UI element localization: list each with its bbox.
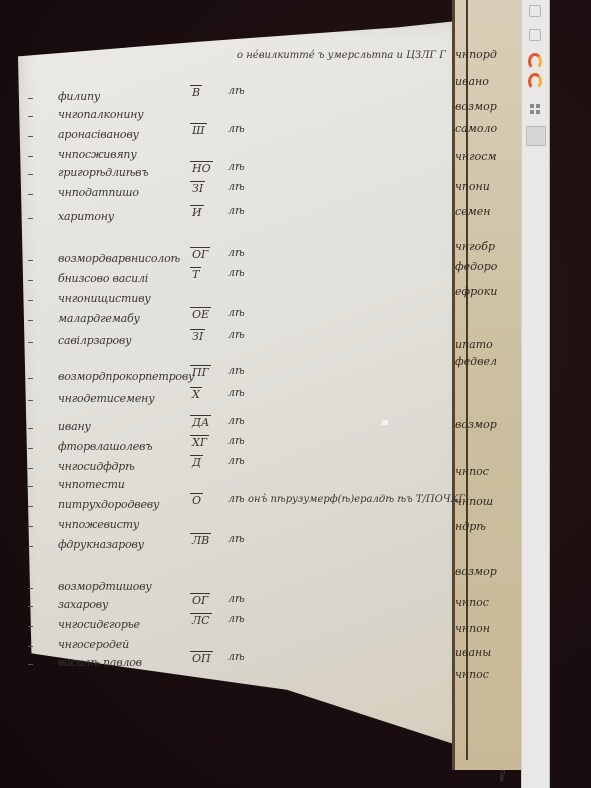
list-item: возмордтишову	[58, 580, 152, 593]
list-item: малардгемабу	[58, 312, 140, 325]
margin-mark	[28, 280, 33, 281]
margin-mark	[28, 98, 33, 99]
entry-amount: И	[190, 206, 204, 219]
margin-mark	[28, 300, 33, 301]
page-icon[interactable]	[528, 4, 542, 18]
toolbar-bottom-label: Пок	[498, 770, 505, 782]
entry-amount: ХГ	[190, 436, 209, 449]
entry-name: фторвлашолевъ	[58, 440, 152, 453]
entry-amount: ДА	[190, 416, 211, 429]
right-page-entry: самоло	[455, 122, 521, 135]
viewer-toolbar	[521, 0, 550, 788]
margin-mark	[28, 664, 33, 665]
list-item: чнпожевисту	[58, 518, 139, 531]
entry-name: бнизсово василі	[58, 272, 148, 285]
rotate-right-icon[interactable]	[528, 74, 542, 88]
margin-mark	[28, 506, 33, 507]
margin-mark	[28, 626, 33, 627]
entry-name: василѣ павлов	[58, 656, 142, 669]
right-page-entry: чнгобр	[455, 240, 521, 253]
margin-mark	[28, 218, 33, 219]
list-item: василѣ павлов	[58, 656, 142, 669]
entry-amount: О	[190, 494, 203, 507]
entry-amount: Т	[190, 268, 201, 281]
right-page-entry: федвел	[455, 355, 521, 368]
list-item: чнгопалконину	[58, 108, 143, 121]
entry-unit: лѣ	[228, 266, 245, 279]
right-page-entry: чнпон	[455, 622, 521, 635]
right-page-entry: возмор	[455, 565, 521, 578]
list-item: савілрзарову	[58, 334, 131, 347]
entry-name: питрухдородвеву	[58, 498, 159, 511]
entry-name: возмордварвнисолоѣ	[58, 252, 180, 265]
entry-unit: лѣ	[228, 454, 245, 467]
right-page-entry: возмор	[455, 418, 521, 431]
entry-amount: ЗІ	[190, 182, 205, 195]
margin-mark	[28, 378, 33, 379]
list-item: чнгосеродей	[58, 638, 129, 651]
list-item: чнпосживяпу	[58, 148, 137, 161]
grid-icon[interactable]	[528, 102, 542, 116]
list-item: чнподатпишо	[58, 186, 139, 199]
list-item: чнгосидєгорье	[58, 618, 140, 631]
margin-mark	[28, 342, 33, 343]
entry-amount: ОП	[190, 652, 213, 665]
margin-mark	[28, 526, 33, 527]
entry-name: захарову	[58, 598, 108, 611]
header-note: о не́вилкитте́ ъ умерсльтпа и ЦЗЛГ Г	[237, 50, 446, 61]
entry-unit: лѣ	[228, 434, 245, 447]
list-item: филипу	[58, 90, 100, 103]
right-page-entry: чпони	[455, 180, 521, 193]
list-item: фторвлашолевъ	[58, 440, 152, 453]
entry-unit: лѣ	[228, 364, 245, 377]
entry-unit: лѣ	[228, 180, 245, 193]
entry-amount: ЗІ	[190, 330, 205, 343]
entry-name: малардгемабу	[58, 312, 140, 325]
margin-mark	[28, 194, 33, 195]
margin-mark	[28, 606, 33, 607]
manuscript-viewer: о не́вилкитте́ ъ умерсльтпа и ЦЗЛГ Г фил…	[0, 0, 591, 788]
panel-icon[interactable]	[526, 126, 546, 146]
margin-mark	[28, 156, 33, 157]
margin-mark	[28, 546, 33, 547]
margin-mark	[28, 448, 33, 449]
entry-name: возмордпрокорпетрову	[58, 370, 194, 383]
right-page-entry: ндрѣ	[455, 520, 521, 533]
entry-amount: ЛС	[190, 614, 212, 627]
right-page-entry: иваны	[455, 646, 521, 659]
entry-unit: лѣ	[228, 204, 245, 217]
entry-amount: Х	[190, 388, 202, 401]
entry-name: чнпотести	[58, 478, 125, 491]
entry-name: чнгонищистиву	[58, 292, 151, 305]
right-page-entry: чнпос	[455, 465, 521, 478]
entry-name: чнподатпишо	[58, 186, 139, 199]
entry-name: харитону	[58, 210, 114, 223]
entry-amount: ОГ	[190, 248, 210, 261]
margin-mark	[28, 260, 33, 261]
entry-unit: лѣ	[228, 612, 245, 625]
entry-name: чнпосживяпу	[58, 148, 137, 161]
page-icon-2[interactable]	[528, 28, 542, 42]
margin-mark	[28, 486, 33, 487]
list-item: чнгонищистиву	[58, 292, 151, 305]
right-page-entry: семен	[455, 205, 521, 218]
entry-unit: лѣ	[228, 386, 245, 399]
entry-unit: лѣ	[228, 532, 245, 545]
entry-unit: лѣ	[228, 592, 245, 605]
right-page-entry: чнпос	[455, 668, 521, 681]
entry-unit: лѣ	[228, 328, 245, 341]
entry-amount: Д	[190, 456, 203, 469]
right-page-entry: ивано	[455, 75, 521, 88]
right-page-entry: чнгосм	[455, 150, 521, 163]
margin-mark	[28, 646, 33, 647]
right-page-entry: возмор	[455, 100, 521, 113]
entry-unit: лѣ	[228, 246, 245, 259]
list-item: захарову	[58, 598, 108, 611]
margin-mark	[28, 588, 33, 589]
entry-amount: ЛВ	[190, 534, 211, 547]
margin-mark	[28, 468, 33, 469]
margin-mark	[28, 400, 33, 401]
entry-unit: лѣ	[228, 122, 245, 135]
margin-mark	[28, 428, 33, 429]
list-item: возмордпрокорпетрову	[58, 370, 194, 383]
entry-unit: лѣ	[228, 414, 245, 427]
entry-name: чнпожевисту	[58, 518, 139, 531]
entry-name: возмордтишову	[58, 580, 152, 593]
entry-amount: ОЕ	[190, 308, 211, 321]
entry-name: григорѣдлиѣвъ	[58, 166, 149, 179]
entry-amount: ПГ	[190, 366, 211, 379]
entry-name: чнгодетисемену	[58, 392, 154, 405]
entry-unit: лѣ	[228, 650, 245, 663]
entry-amount: В	[190, 86, 202, 99]
margin-mark	[28, 174, 33, 175]
list-item: фдрукназарову	[58, 538, 144, 551]
entry-name: ивану	[58, 420, 91, 433]
entry-name: савілрзарову	[58, 334, 131, 347]
list-item: возмордварвнисолоѣ	[58, 252, 180, 265]
entry-unit: лѣ	[228, 492, 245, 505]
entry-amount: ОГ	[190, 594, 210, 607]
entry-amount: Ш	[190, 124, 207, 137]
list-item: ивану	[58, 420, 91, 433]
list-item: григорѣдлиѣвъ	[58, 166, 149, 179]
entry-name: филипу	[58, 90, 100, 103]
entry-name: аронасіванову	[58, 128, 139, 141]
right-page-entry: чнпош	[455, 495, 521, 508]
entry-name: фдрукназарову	[58, 538, 144, 551]
entry-name: чнгосидфдрѣ	[58, 460, 135, 473]
list-item: харитону	[58, 210, 114, 223]
right-page-entry: ефроки	[455, 285, 521, 298]
list-item: питрухдородвеву	[58, 498, 159, 511]
entry-unit: лѣ	[228, 306, 245, 319]
list-item: чнпотести	[58, 478, 125, 491]
entry-name: чнгопалконину	[58, 108, 143, 121]
list-item: бнизсово василі	[58, 272, 148, 285]
margin-mark	[28, 136, 33, 137]
right-page-entry: федоро	[455, 260, 521, 273]
right-page-entry: чнпорд	[455, 48, 521, 61]
entry-unit: лѣ	[228, 84, 245, 97]
margin-mark	[28, 320, 33, 321]
list-item: аронасіванову	[58, 128, 139, 141]
entry-unit: лѣ	[228, 160, 245, 173]
entry-amount: НО	[190, 162, 213, 175]
entry-name: чнгосидєгорье	[58, 618, 140, 631]
rotate-left-icon[interactable]	[528, 54, 542, 68]
right-page-entry: ипато	[455, 338, 521, 351]
right-page-entry: чнпос	[455, 596, 521, 609]
margin-mark	[28, 116, 33, 117]
list-item: чнгодетисемену	[58, 392, 154, 405]
list-item: чнгосидфдрѣ	[58, 460, 135, 473]
entry-note: онъ̀ пѣрузумерф(ѣ)ералдѣ ѣъ Т/ПОЧКГ	[248, 494, 465, 505]
entry-name: чнгосеродей	[58, 638, 129, 651]
